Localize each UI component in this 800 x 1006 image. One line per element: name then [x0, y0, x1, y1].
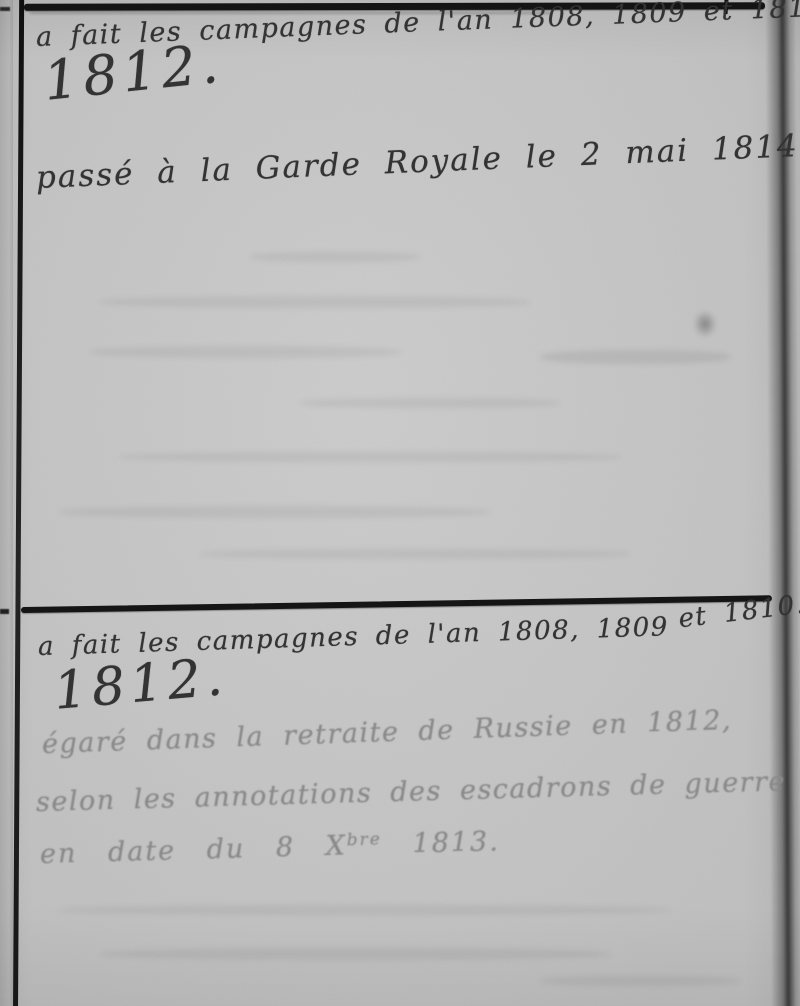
bleed-through-smudge	[100, 296, 530, 308]
pencil-note-date: en date du 8 Xbre 1813.	[40, 826, 501, 870]
pencil-date-suffix: 1813.	[381, 826, 500, 860]
bleed-through-smudge	[200, 549, 630, 559]
pencil-date-superscript: bre	[346, 829, 382, 850]
handwritten-garde-royale-line: passé à la Garde Royale le 2 mai 1814.	[35, 128, 800, 196]
left-gutter-tick	[0, 7, 10, 11]
left-gutter-strip	[0, 0, 13, 1006]
pencil-date-prefix: en date du 8 X	[40, 830, 348, 870]
bleed-through-smudge	[250, 252, 420, 262]
bleed-through-smudge	[540, 976, 740, 986]
row-divider-left-stub	[0, 609, 9, 614]
left-column-rule	[13, 0, 24, 1006]
bleed-through-smudge	[300, 398, 560, 408]
bleed-through-smudge	[100, 948, 610, 960]
bleed-through-smudge	[60, 506, 490, 518]
register-scan-page: a fait les campagnes de l'an 1808, 1809 …	[0, 0, 800, 1006]
pencil-note-annotations: selon les annotations des escadrons de g…	[36, 766, 787, 818]
ink-spot	[693, 310, 717, 338]
bleed-through-smudge	[120, 452, 620, 462]
bleed-through-smudge	[540, 350, 730, 364]
bleed-through-smudge	[60, 905, 670, 915]
row-divider-line	[21, 595, 772, 612]
bleed-through-smudge	[90, 346, 400, 358]
